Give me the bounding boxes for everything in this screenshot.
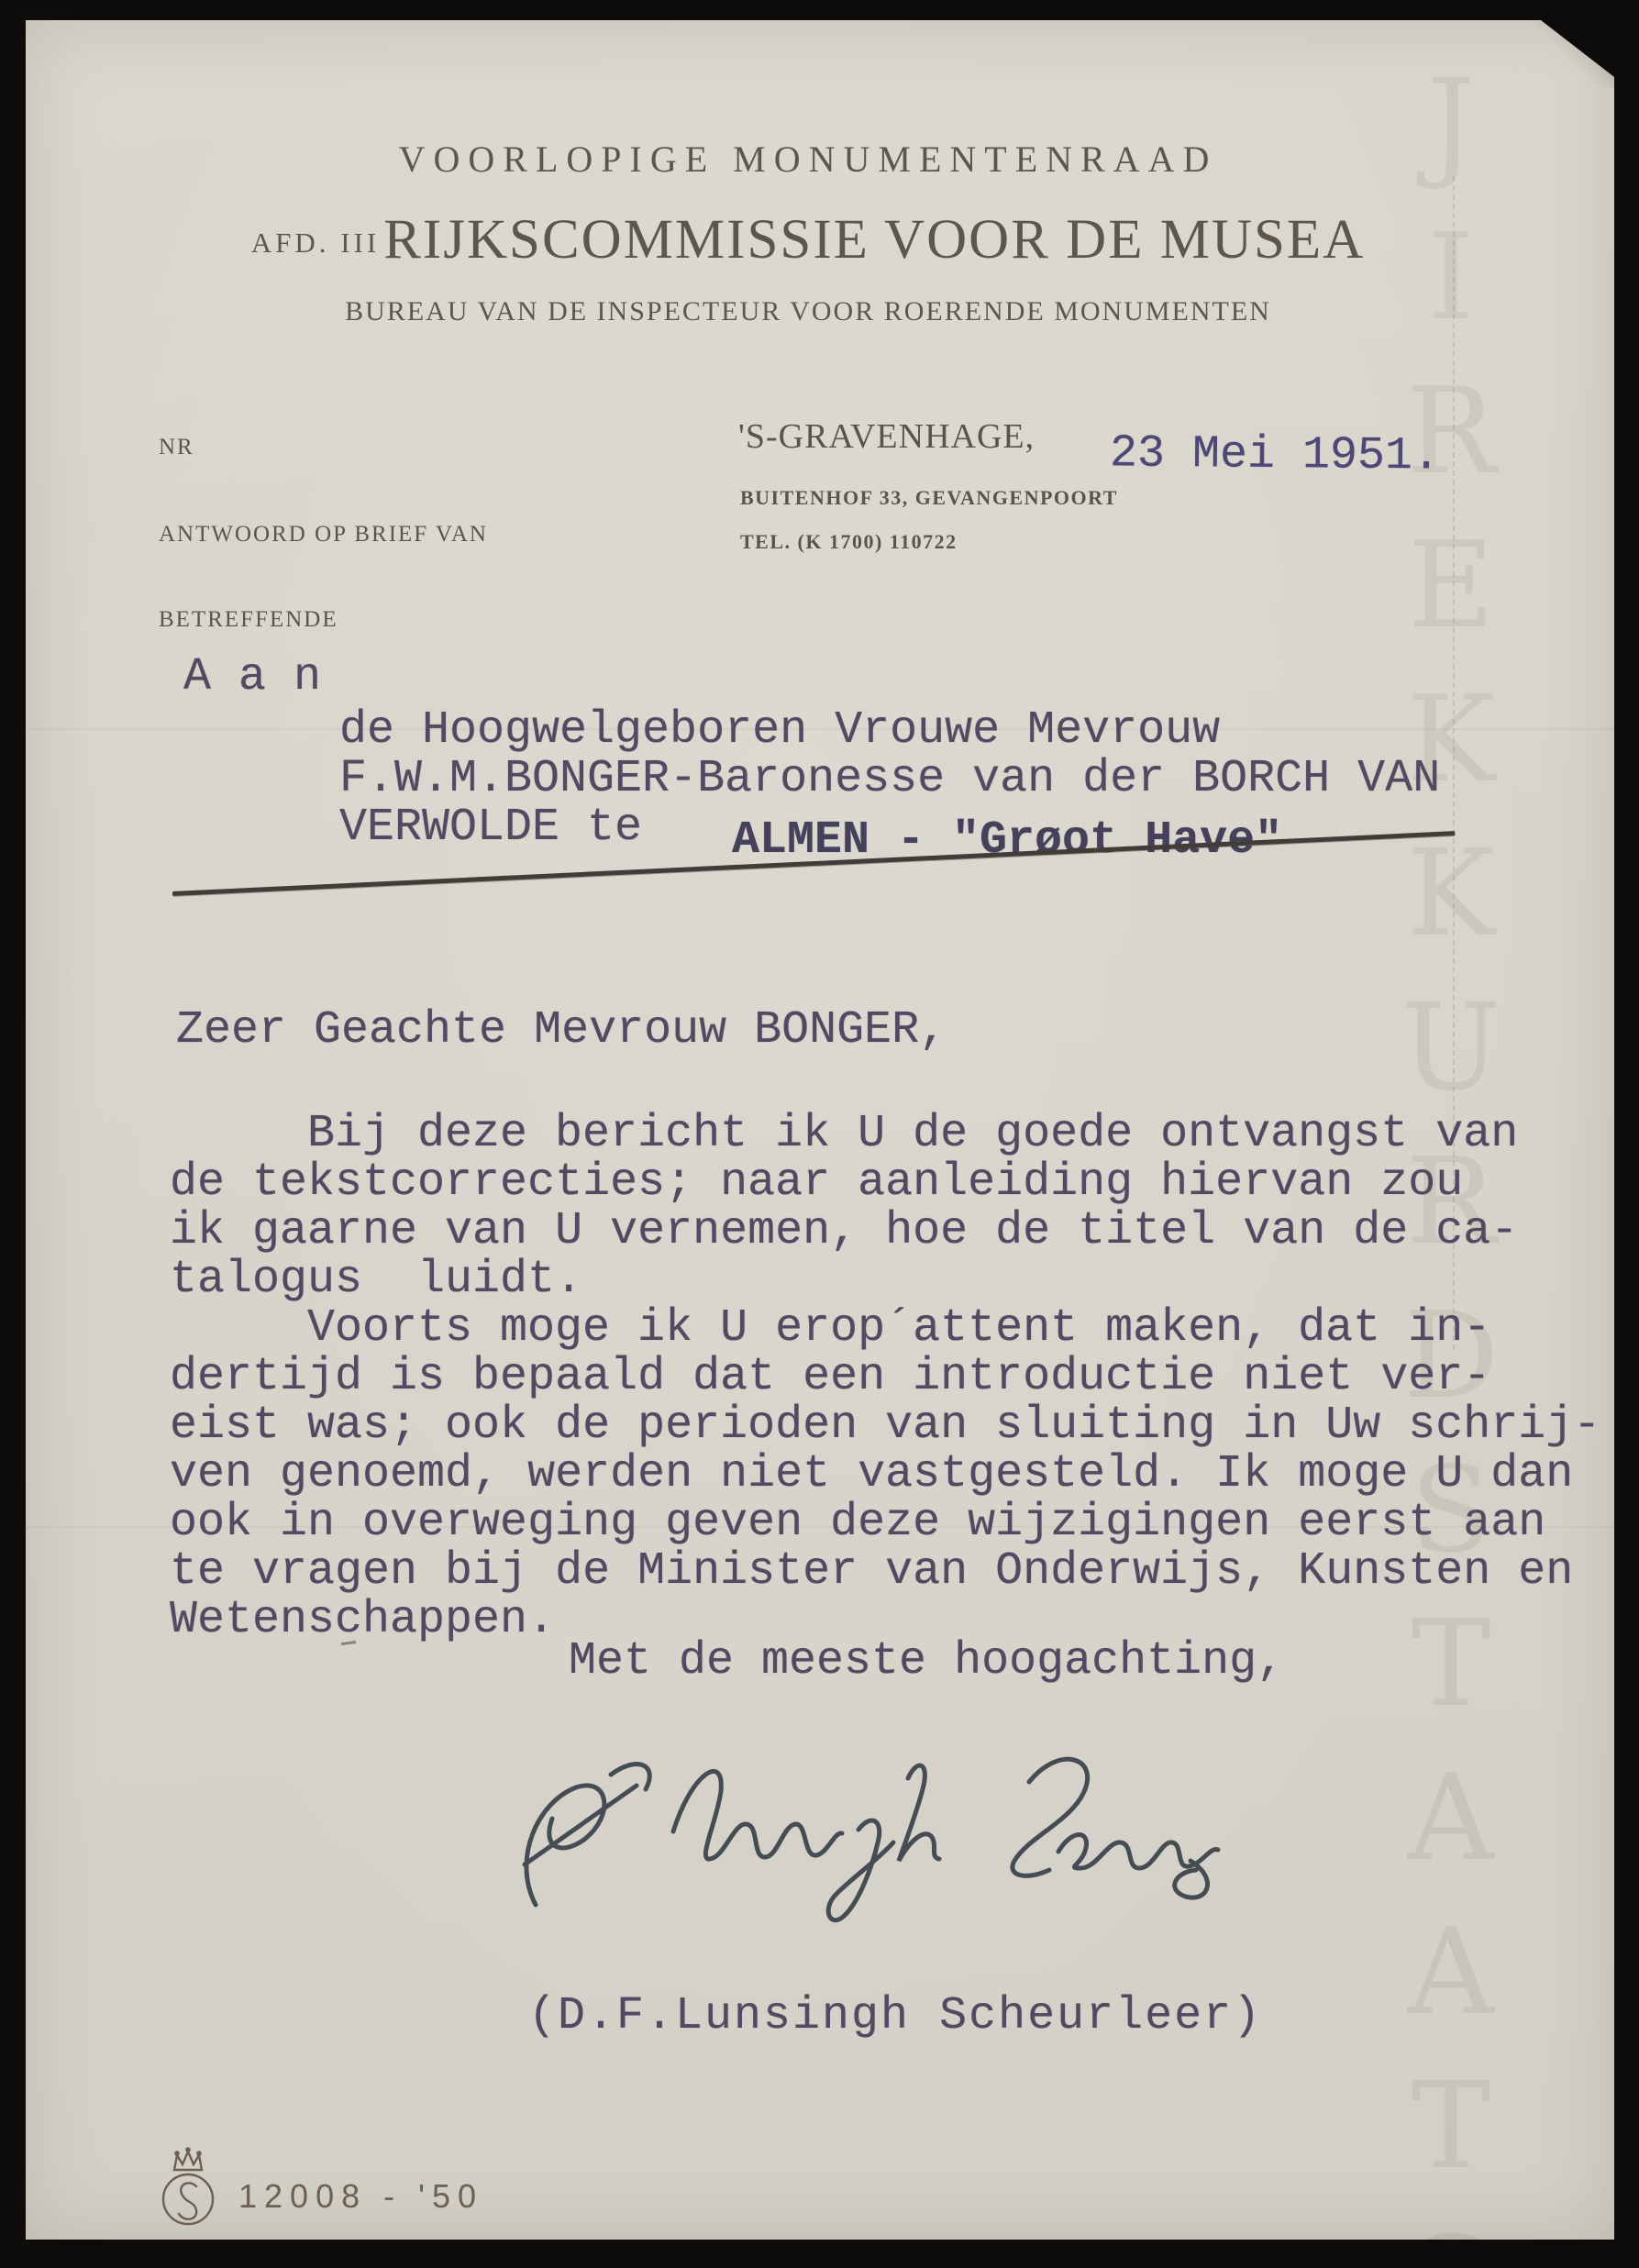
label-betreffende: BETREFFENDE bbox=[159, 607, 338, 633]
crowned-s-printer-icon bbox=[154, 2146, 222, 2234]
date-stamp: 23 Mei 1951. bbox=[1110, 429, 1441, 481]
body-line: dertijd is bepaald dat een introductie n… bbox=[170, 1353, 1600, 1401]
letterhead-line2: AFD. III RIJKSCOMMISSIE VOOR DE MUSEA bbox=[26, 208, 1590, 272]
office-telephone: TEL. (K 1700) 110722 bbox=[740, 530, 958, 554]
printer-code: 12008 - '50 bbox=[238, 2177, 483, 2216]
closing-phrase: Met de meeste hoogachting, bbox=[569, 1637, 1284, 1686]
typed-signatory-name: (D.F.Lunsingh Scheurleer) bbox=[528, 1992, 1262, 2041]
letterhead-line1: VOORLOPIGE MONUMENTENRAAD bbox=[26, 138, 1590, 181]
recipient-aan: A a n bbox=[183, 653, 321, 702]
office-city: 'S-GRAVENHAGE, bbox=[738, 416, 1035, 457]
letter-page: JIREKKURDSTAATS VOORLOPIGE MONUMENTENRAA… bbox=[26, 20, 1614, 2240]
body-line: talogus luidt. bbox=[170, 1256, 1600, 1304]
body-line: ook in overweging geven deze wijzigingen… bbox=[170, 1499, 1600, 1547]
scanned-letter-photo: { "document": { "letterhead": { "line1":… bbox=[0, 0, 1639, 2268]
body-line: eist was; ook de perioden van sluiting i… bbox=[170, 1401, 1600, 1450]
salutation: Zeer Geachte Mevrouw BONGER, bbox=[176, 1006, 947, 1055]
recipient-line3: VERWOLDE te bbox=[339, 803, 642, 852]
letterhead-afd: AFD. III bbox=[251, 227, 381, 259]
recipient-line1: de Hoogwelgeboren Vrouwe Mevrouw bbox=[339, 706, 1220, 755]
body-line: Voorts moge ik U erop´attent maken, dat … bbox=[170, 1304, 1600, 1353]
letterhead-commission: RIJKSCOMMISSIE VOOR DE MUSEA bbox=[383, 209, 1365, 271]
letterhead: VOORLOPIGE MONUMENTENRAAD AFD. III RIJKS… bbox=[26, 138, 1590, 327]
signature-handwritten bbox=[493, 1721, 1246, 1960]
body-line: ik gaarne van U vernemen, hoe de titel v… bbox=[170, 1207, 1600, 1256]
label-antwoord-op-brief-van: ANTWOORD OP BRIEF VAN bbox=[159, 522, 488, 548]
letterhead-line3: BUREAU VAN DE INSPECTEUR VOOR ROERENDE M… bbox=[26, 296, 1590, 327]
label-nr: NR bbox=[159, 435, 194, 460]
office-address: BUITENHOF 33, GEVANGENPOORT bbox=[740, 486, 1118, 510]
recipient-line2: F.W.M.BONGER-Baronesse van der BORCH VAN bbox=[339, 755, 1440, 803]
dog-ear-corner bbox=[1526, 20, 1614, 88]
body-line: Bij deze bericht ik U de goede ontvangst… bbox=[170, 1110, 1600, 1158]
body-line: ven genoemd, werden niet vastgesteld. Ik… bbox=[170, 1450, 1600, 1499]
body-line: te vragen bij de Minister van Onderwijs,… bbox=[170, 1547, 1600, 1596]
recipient-line4: ALMEN - "Grøot Have" bbox=[732, 816, 1282, 865]
letter-body: Bij deze bericht ik U de goede ontvangst… bbox=[170, 1110, 1600, 1644]
body-line: de tekstcorrecties; naar aanleiding hier… bbox=[170, 1158, 1600, 1207]
